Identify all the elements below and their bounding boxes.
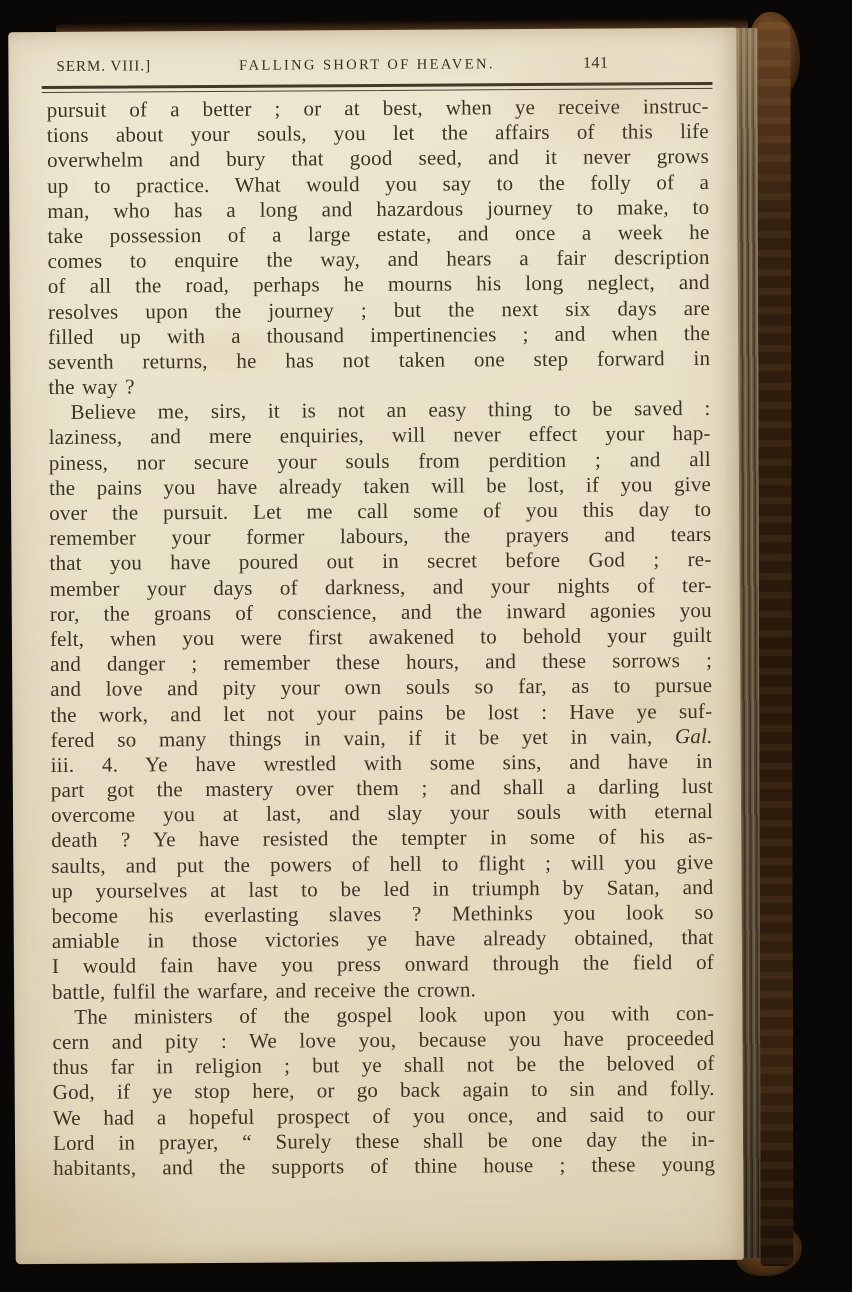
italic-citation: Gal. (675, 724, 713, 748)
text-line: ror, the groans of conscience, and the i… (50, 598, 712, 627)
text-line: and love and pity your own souls so far,… (50, 673, 712, 702)
text-line: up to practice. What would you say to th… (47, 170, 709, 199)
paragraph: Believe me, sirs, it is not an easy thin… (48, 396, 714, 1005)
page-body: pursuit of a better ; or at best, when y… (47, 94, 716, 1181)
page-number: 141 (583, 54, 709, 73)
text-line: saults, and put the powers of hell to fl… (51, 850, 713, 879)
book-page: SERM. VIII.] FALLING SHORT OF HEAVEN. 14… (8, 28, 744, 1264)
sermon-number-label: SERM. VIII.] (56, 58, 151, 76)
text-line: piness, nor secure your souls from perdi… (49, 447, 711, 476)
text-line: Lord in prayer, “ Surely these shall be … (53, 1127, 715, 1156)
text-segment: fered so many things in vain, if it be y… (50, 724, 675, 752)
book-scan: SERM. VIII.] FALLING SHORT OF HEAVEN. 14… (0, 0, 852, 1292)
text-line: habitants, and the supports of thine hou… (53, 1152, 715, 1181)
text-line: member your days of darkness, and your n… (50, 573, 712, 602)
text-line: We had a hopeful prospect of you once, a… (53, 1101, 715, 1130)
text-line: seventh returns, he has not taken one st… (48, 346, 710, 375)
header-double-rule (42, 82, 713, 93)
text-line: I would fain have you press onward throu… (52, 950, 714, 979)
text-line: laziness, and mere enquiries, will never… (49, 421, 711, 450)
running-title: FALLING SHORT OF HEAVEN. (151, 56, 583, 76)
text-line: God, if ye stop here, or go back again t… (53, 1076, 715, 1105)
text-line: fered so many things in vain, if it be y… (50, 724, 712, 753)
text-line: of all the road, perhaps he mourns his l… (48, 270, 710, 299)
text-line: that you have poured out in secret befor… (49, 547, 711, 576)
text-line: death ? Ye have resisted the tempter in … (51, 824, 713, 853)
text-line: filled up with a thousand impertinencies… (48, 321, 710, 350)
running-header: SERM. VIII.] FALLING SHORT OF HEAVEN. 14… (46, 54, 708, 76)
paragraph: The ministers of the gospel look upon yo… (52, 1001, 715, 1181)
book-cover-right-edge (757, 22, 793, 1266)
text-line: overwhelm and bury that good seed, and i… (47, 144, 709, 173)
text-line: resolves upon the journey ; but the next… (48, 295, 710, 324)
paragraph: pursuit of a better ; or at best, when y… (47, 94, 711, 400)
